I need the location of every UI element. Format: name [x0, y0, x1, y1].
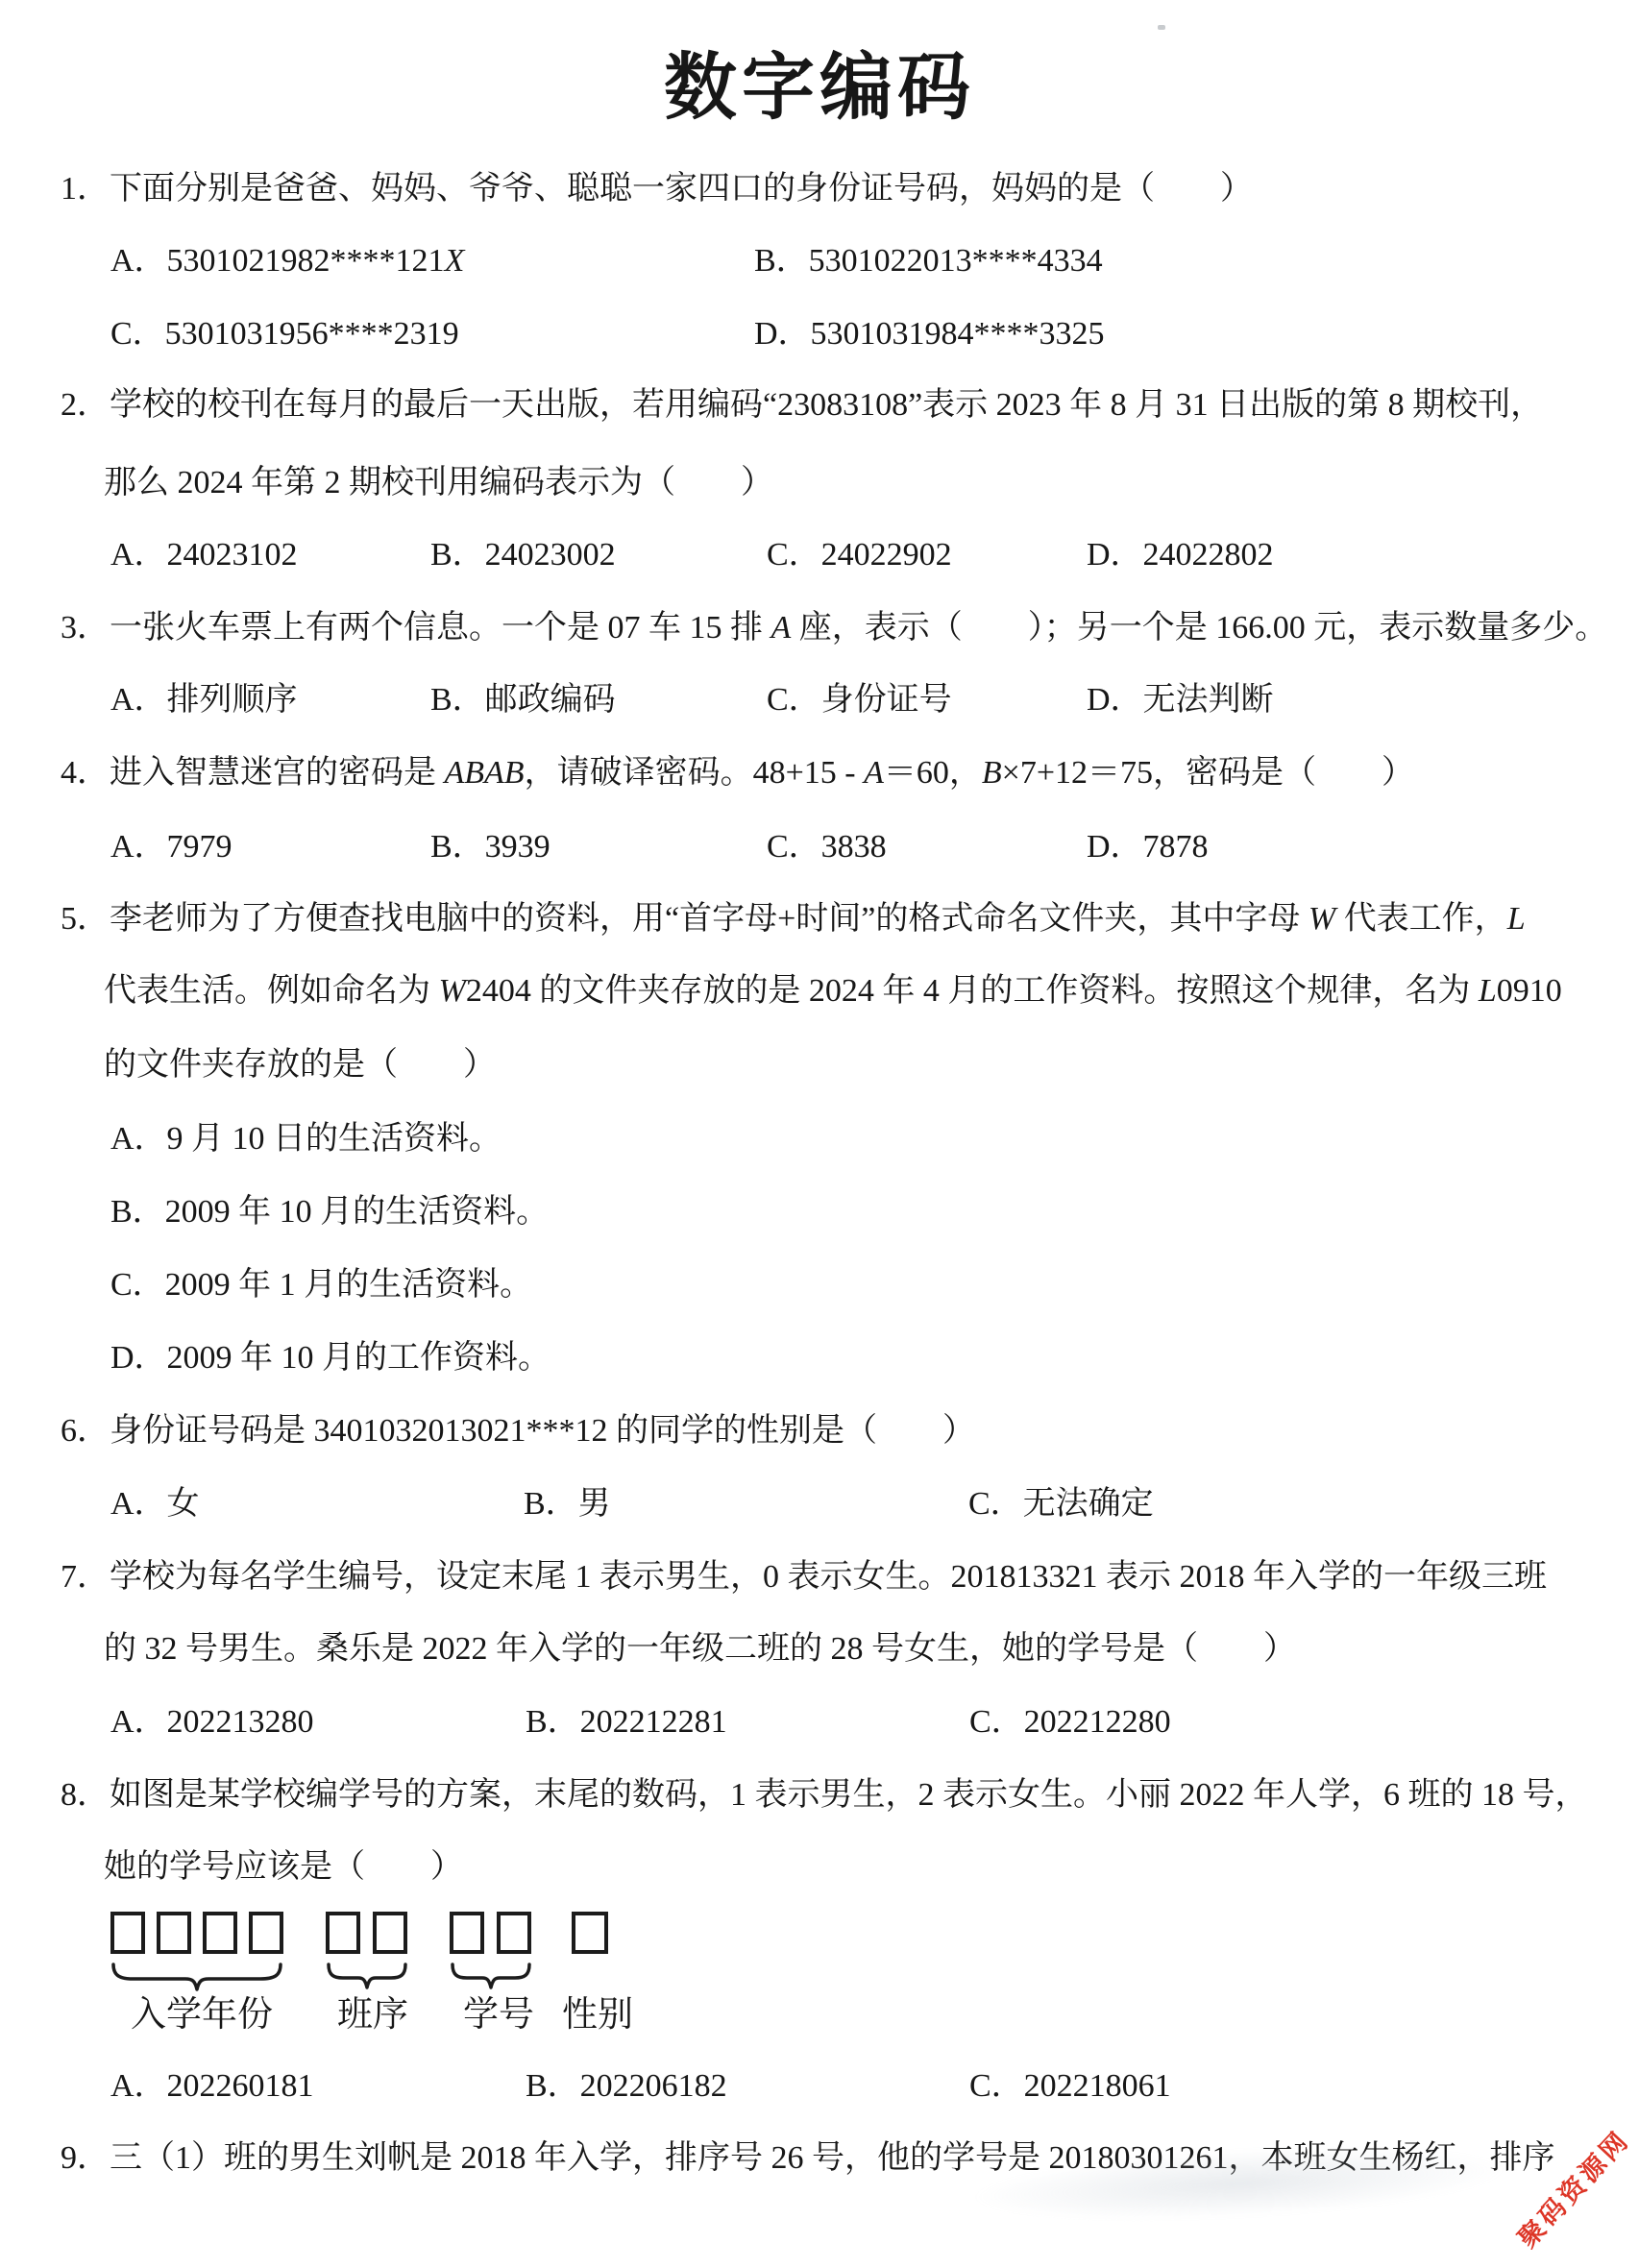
diagram-label-class-order: 班序 [337, 1994, 408, 2036]
scan-speck [1158, 25, 1165, 30]
question-2-stem-line-2: 那么 2024 年第 2 期校刊用编码表示为（ ） [104, 462, 773, 504]
question-7-stem-line-1: 7．学校为每名学生编号，设定末尾 1 表示男生，0 表示女生。201813321… [61, 1556, 1547, 1598]
question-5-stem-line-2: 代表生活。例如命名为 W2404 的文件夹存放的是 2024 年 4 月的工作资… [104, 970, 1562, 1012]
question-4-option-c: C．3838 [767, 826, 887, 868]
question-8-option-b: B．202206182 [526, 2065, 727, 2108]
digit-box-year-1 [110, 1912, 145, 1954]
worksheet-page: 数字编码 1．下面分别是爸爸、妈妈、爷爷、聪聪一家四口的身份证号码，妈妈的是（ … [0, 0, 1639, 2268]
question-8-stem-line-2: 她的学号应该是（ ） [104, 1846, 463, 1889]
question-7-option-b: B．202212281 [526, 1701, 727, 1744]
underbrace-student-number [450, 1962, 532, 1992]
question-4-stem: 4．进入智慧迷宫的密码是 ABAB，请破译密码。48+15 - A＝60，B×7… [61, 752, 1414, 794]
digit-box-gender [572, 1912, 608, 1954]
question-3-stem: 3．一张火车票上有两个信息。一个是 07 车 15 排 A 座，表示（ ）；另一… [61, 607, 1607, 649]
question-4-option-b: B．3939 [430, 826, 550, 868]
question-5-option-d: D．2009 年 10 月的工作资料。 [110, 1337, 550, 1379]
question-1-stem: 1．下面分别是爸爸、妈妈、爷爷、聪聪一家四口的身份证号码，妈妈的是（ ） [61, 168, 1253, 210]
question-4-option-d: D．7878 [1087, 826, 1209, 868]
question-3-option-b: B．邮政编码 [430, 679, 616, 721]
diagram-label-enrollment-year: 入学年份 [131, 1994, 273, 2036]
question-5-stem-line-1: 5．李老师为了方便查找电脑中的资料，用“首字母+时间”的格式命名文件夹，其中字母… [61, 898, 1526, 940]
question-1-option-b: B．5301022013****4334 [754, 240, 1103, 282]
digit-box-year-3 [203, 1912, 237, 1954]
question-3-option-a: A．排列顺序 [110, 679, 298, 721]
question-2-option-d: D．24022802 [1087, 534, 1274, 576]
question-7-option-a: A．202213280 [110, 1701, 314, 1744]
question-3-option-d: D．无法判断 [1087, 679, 1274, 721]
question-7-option-c: C．202212280 [969, 1701, 1171, 1744]
digit-box-number-2 [497, 1912, 531, 1954]
question-6-stem: 6．身份证号码是 3401032013021***12 的同学的性别是（ ） [61, 1410, 975, 1452]
question-4-option-a: A．7979 [110, 826, 232, 868]
question-6-option-b: B．男 [524, 1483, 611, 1525]
question-1-option-a: A．5301021982****121X [110, 240, 464, 282]
question-1-option-c: C．5301031956****2319 [110, 313, 459, 355]
question-5-option-a: A．9 月 10 日的生活资料。 [110, 1118, 501, 1160]
digit-box-class-2 [373, 1912, 407, 1954]
digit-box-year-4 [249, 1912, 283, 1954]
question-2-option-c: C．24022902 [767, 534, 952, 576]
question-8-stem-line-1: 8．如图是某学校编学号的方案，末尾的数码，1 表示男生，2 表示女生。小丽 20… [61, 1774, 1588, 1817]
question-8-option-c: C．202218061 [969, 2065, 1171, 2108]
question-1-option-d: D．5301031984****3325 [754, 313, 1105, 355]
diagram-label-student-number: 学号 [463, 1994, 534, 2036]
diagram-label-gender: 性别 [562, 1994, 633, 2036]
question-5-option-b: B．2009 年 10 月的生活资料。 [110, 1191, 549, 1233]
question-6-option-a: A．女 [110, 1483, 200, 1525]
question-7-stem-line-2: 的 32 号男生。桑乐是 2022 年入学的一年级二班的 28 号女生，她的学号… [104, 1628, 1296, 1671]
underbrace-class-order [326, 1962, 408, 1992]
question-5-option-c: C．2009 年 1 月的生活资料。 [110, 1264, 532, 1306]
question-8-option-a: A．202260181 [110, 2065, 314, 2108]
underbrace-enrollment-year [110, 1962, 283, 1992]
question-5-stem-line-3: 的文件夹存放的是（ ） [104, 1044, 496, 1086]
question-6-option-c: C．无法确定 [968, 1483, 1154, 1525]
digit-box-number-1 [450, 1912, 484, 1954]
digit-box-year-2 [157, 1912, 191, 1954]
page-title: 数字编码 [0, 48, 1639, 129]
question-3-option-c: C．身份证号 [767, 679, 952, 721]
digit-box-class-1 [326, 1912, 360, 1954]
question-2-option-a: A．24023102 [110, 534, 298, 576]
question-2-stem-line-1: 2．学校的校刊在每月的最后一天出版，若用编码“23083108”表示 2023 … [61, 384, 1543, 427]
question-2-option-b: B．24023002 [430, 534, 616, 576]
